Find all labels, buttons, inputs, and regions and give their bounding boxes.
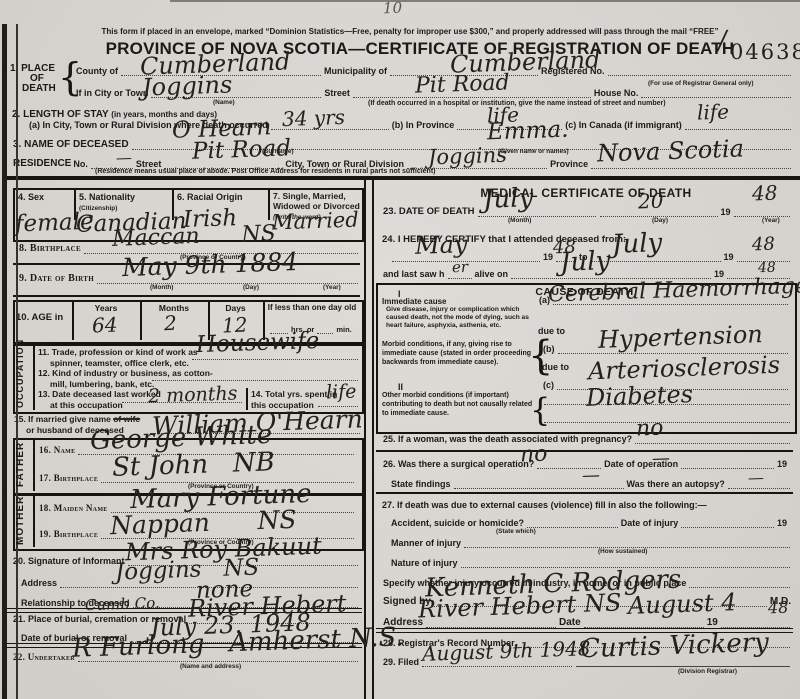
pregnancy-label: 25. If a woman, was the death associated… [382, 434, 633, 444]
accident-row: Accident, suicide or homicide? Date of i… [390, 518, 792, 528]
hw-given: Emma. [487, 119, 569, 145]
section-rule [2, 176, 800, 180]
last-saw-label: alive on [474, 269, 510, 279]
municipality-label: Municipality of [323, 66, 388, 76]
autopsy-label: Was there an autopsy? [626, 479, 726, 489]
medical-title: MEDICAL CERTIFICATE OF DEATH [380, 186, 792, 200]
nature-label: Nature of injury [390, 558, 459, 568]
signed-date-label: Date [558, 617, 582, 628]
hw-street: Pit Road [415, 72, 510, 97]
hw-last-saw-year: 48 [758, 261, 776, 276]
place-label-3: DEATH [22, 83, 56, 94]
street-label: Street [323, 88, 351, 98]
dod-row: 23. DATE OF DEATH 19 [382, 206, 792, 217]
given-note: (Given name or names) [498, 148, 569, 155]
hw-cause-b: Hypertension [598, 322, 763, 352]
mail-note: This form if placed in an envelope, mark… [60, 27, 760, 36]
filed-label: 29. Filed [382, 657, 420, 667]
hw-age-months: 2 [164, 313, 177, 333]
hw-to-year: 48 [752, 236, 776, 255]
signed-year-prefix: 19 [706, 617, 719, 628]
hw-residence-street: Pit Road [192, 137, 292, 163]
hw-dod-day: 20 [638, 191, 664, 212]
hw-last-saw-month: July [560, 248, 611, 276]
hw-dob: May 9th 1884 [122, 249, 299, 280]
undertaker-note: (Name and address) [180, 663, 241, 670]
stay-c-label: (c) In Canada (if immigrant) [564, 120, 683, 130]
undertaker-label: 22. Undertaker [12, 652, 76, 662]
occupation-side-label: OCCUPATION [15, 346, 25, 408]
findings-label: State findings [390, 479, 452, 489]
dob-day-note: (Day) [243, 284, 259, 291]
manner-note: (How sustained) [598, 548, 647, 555]
mother-side-label: MOTHER [15, 496, 26, 545]
dob-label: 9. Date of Birth [18, 273, 95, 284]
dod-year-prefix: 19 [720, 207, 732, 217]
birthplace-label: 8. Birthplace [18, 243, 82, 254]
scan-top-edge [170, 0, 800, 2]
hw-stay-canada: life [697, 101, 730, 122]
place-brace: { [58, 58, 82, 96]
hw-dod-year: 48 [752, 183, 778, 204]
stay-row: (a) In City, Town or Rural Division wher… [28, 120, 793, 130]
cause-brace-1: { [528, 336, 553, 376]
external-label: 27. If death was due to external causes … [382, 500, 707, 510]
accident-label: Accident, suicide or homicide? [390, 518, 525, 528]
dod-month-note: (Month) [508, 217, 531, 224]
manner-label: Manner of injury [390, 538, 462, 548]
hw-last-saw-fill: er [452, 260, 469, 276]
residence-label: RESIDENCE [12, 158, 72, 169]
pregnancy-row: 25. If a woman, was the death associated… [382, 434, 792, 444]
hw-city: Joggins [142, 72, 233, 99]
serial-number: 04638 [730, 40, 800, 64]
dob-year-note: (Year) [323, 284, 341, 291]
injury-year-prefix: 19 [776, 518, 788, 528]
hw-signed-date: August 4 [628, 590, 737, 618]
stay-b-label: (b) In Province [391, 120, 456, 130]
name-of-deceased-label: 3. NAME OF DECEASED [12, 139, 130, 150]
slash-mark: / [718, 28, 728, 54]
column-divider [364, 180, 374, 699]
last-saw-pre: and last saw h [382, 269, 446, 279]
residence-province-label: Province [549, 159, 589, 169]
operation-label: 26. Was there a surgical operation? [382, 459, 535, 469]
hw-trade: Housewife [196, 330, 320, 357]
city-name-note: (Name) [213, 99, 235, 106]
hw-operation-date: — [652, 450, 671, 469]
dod-label: 23. DATE OF DEATH [382, 206, 476, 217]
residence-note: (Residence means usual place of abode. P… [95, 168, 436, 175]
injury-date-label: Date of injury [620, 518, 680, 528]
hw-to-month: July [612, 230, 663, 258]
house-no-label: House No. [593, 88, 640, 98]
accident-note: (State which) [496, 528, 536, 535]
hw-total: life [326, 382, 357, 402]
cause-brace-2: { [530, 394, 550, 426]
spouse-label-struck: of wife [113, 414, 140, 424]
hw-operation: no [520, 444, 548, 467]
hw-dod-month: July [483, 185, 534, 213]
pencil-mark: 10 [383, 1, 403, 17]
hw-residence-no: — [116, 150, 133, 167]
hw-last-worked: 2 months [148, 384, 238, 406]
to-year-prefix: 19 [723, 252, 735, 262]
operation-year-prefix: 19 [776, 459, 788, 469]
father-side-label: FATHER [15, 440, 26, 489]
hw-burial-county: Cumb Co. [85, 596, 160, 614]
hw-residence-division: Joggins [428, 145, 508, 169]
hw-other-cause: Diabetes [586, 382, 694, 410]
residence-no-label: No. [72, 159, 89, 169]
stay-label-main: 2. LENGTH OF STAY [12, 109, 109, 120]
registered-no-note: (For use of Registrar General only) [648, 80, 753, 87]
informant-address-label: Address [20, 578, 58, 588]
hw-age-years: 64 [92, 315, 118, 336]
hw-signed-year: 48 [768, 600, 789, 617]
hw-autopsy: — [748, 470, 765, 487]
hw-signed-address: River Hebert NS [418, 590, 622, 621]
hw-registrar: Curtis Vickery [580, 630, 770, 663]
hw-marital: Married [272, 209, 359, 233]
hw-cause-c: Arteriosclerosis [588, 353, 781, 384]
hw-stay-city: 34 yrs [282, 107, 346, 129]
hw-filed-date: August 9th 1948 [422, 638, 591, 664]
hw-residence-province: Nova Scotia [597, 136, 745, 165]
hw-from-month: May [415, 232, 468, 258]
nature-row: Nature of injury [390, 558, 792, 568]
dod-year-note: (Year) [762, 217, 780, 224]
manner-row: Manner of injury [390, 538, 792, 548]
city-label: If in City or Town [75, 88, 149, 98]
registrar-note: (Division Registrar) [678, 668, 737, 675]
hw-birthplace: Maccan NS [112, 223, 277, 251]
spouse-label-pre: 15. If married give name [14, 414, 113, 424]
dod-day-note: (Day) [652, 217, 668, 224]
hw-father-birthplace: St John NB [112, 449, 276, 481]
hw-findings: — [582, 467, 601, 486]
hw-pregnancy: no [636, 418, 664, 441]
informant-label: 20. Signature of Informant [12, 556, 126, 566]
dob-month-note: (Month) [150, 284, 173, 291]
death-certificate-scan: 10 This form if placed in an envelope, m… [0, 0, 800, 699]
